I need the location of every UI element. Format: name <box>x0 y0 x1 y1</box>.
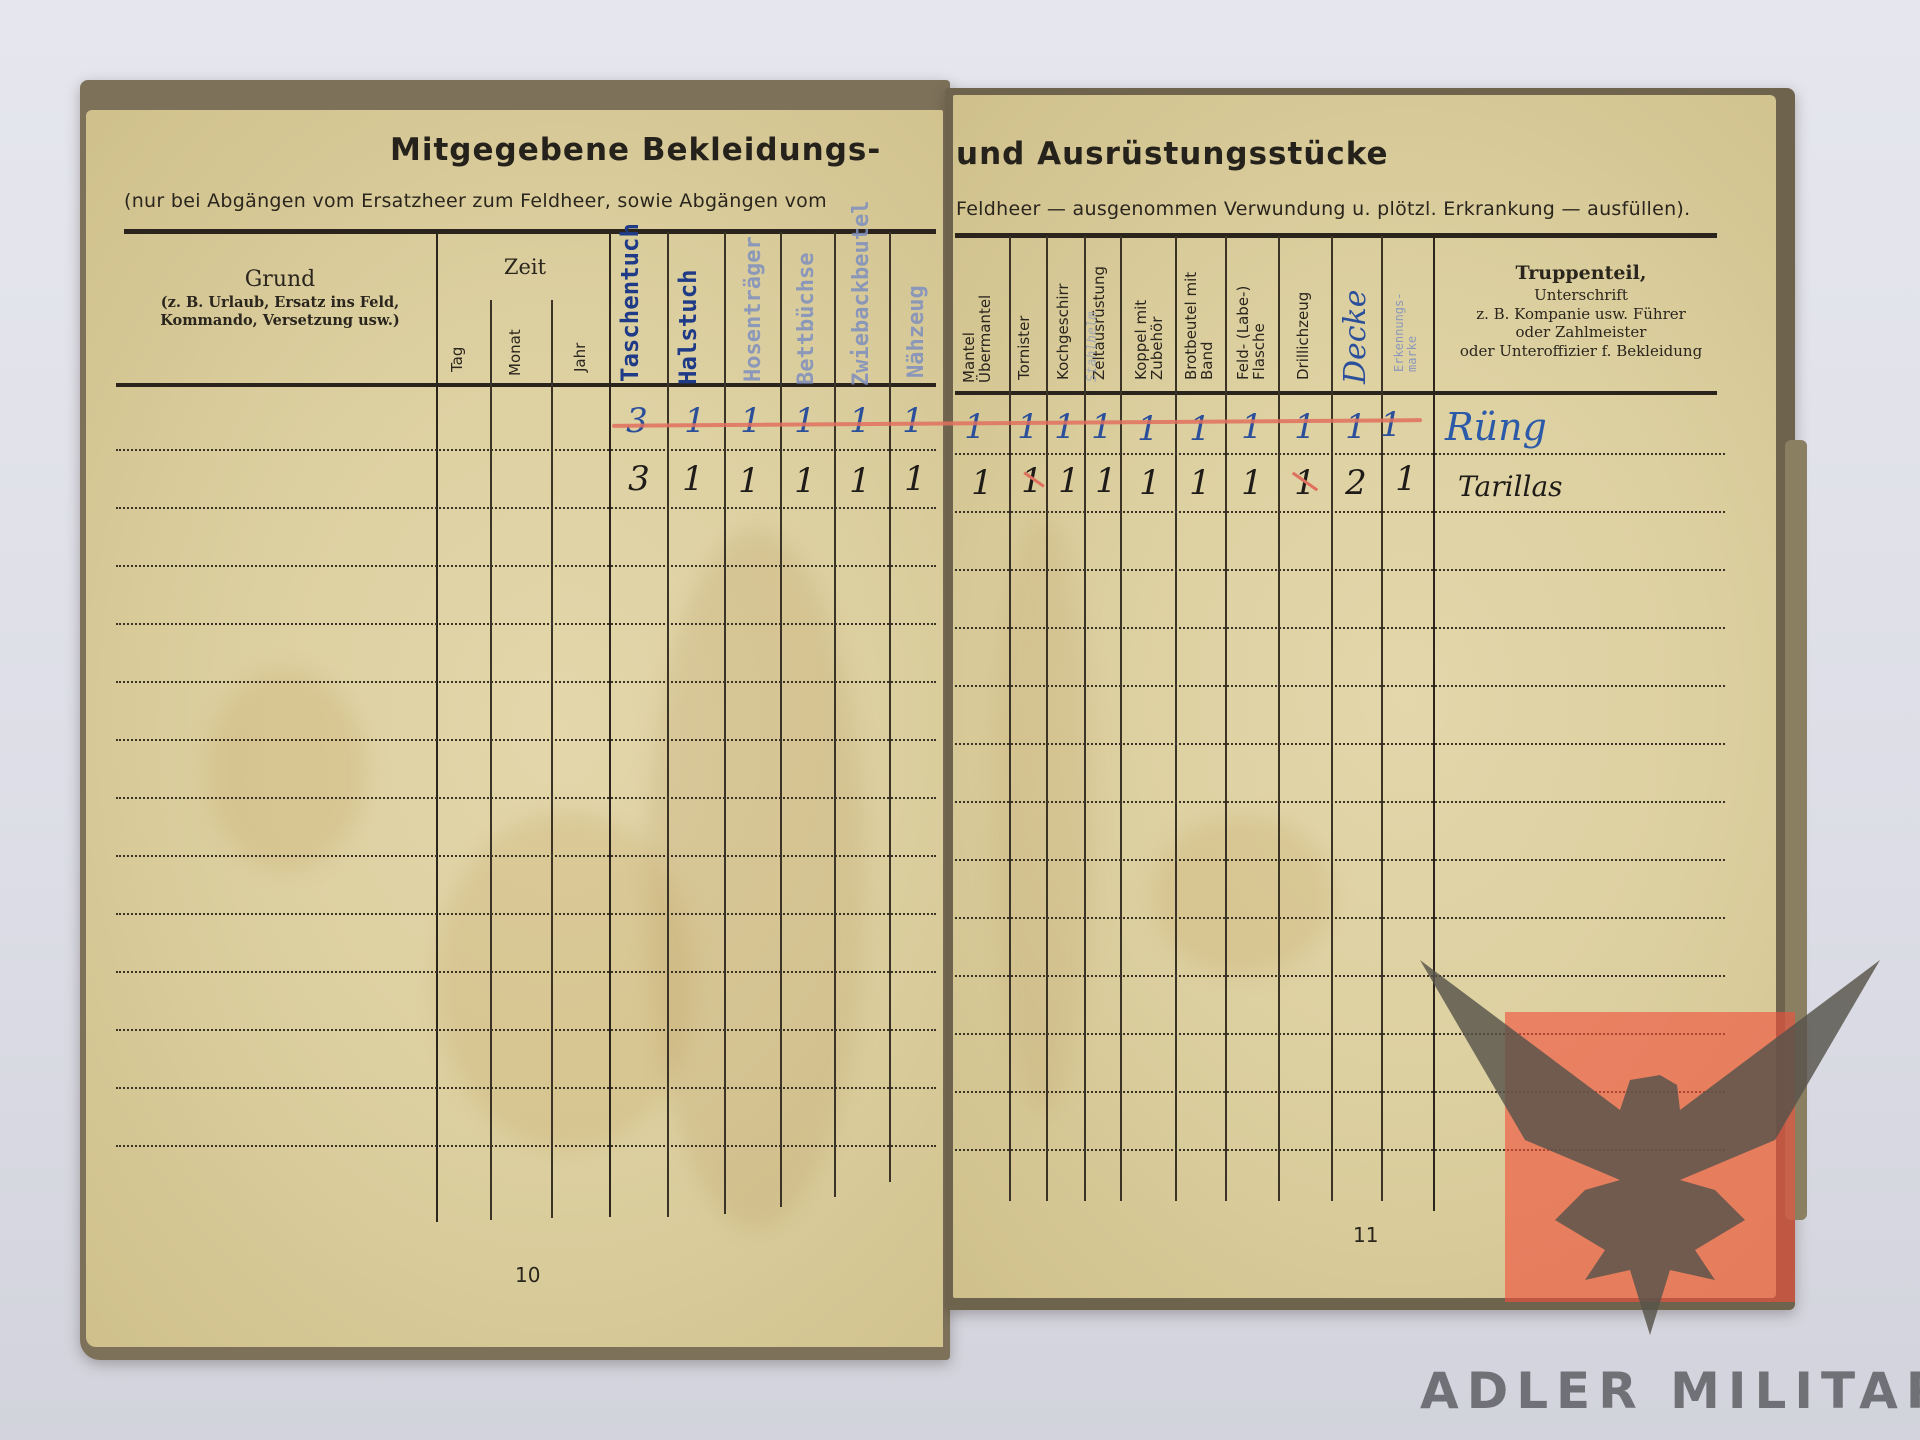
entry-1-signature: Rüng <box>1445 405 1547 449</box>
entry-2-left-5: 1 <box>895 462 935 496</box>
col-divider-tag <box>490 300 492 1220</box>
header-zeit-tag: Tag <box>450 347 466 372</box>
header-truppenteil-line2: z. B. Kompanie usw. Führer <box>1436 305 1726 324</box>
header-item-brotbeutel: Brotbeutel mit Band <box>1184 272 1216 380</box>
entry-1-left-1: 1 <box>675 404 715 438</box>
entry-1-right-1: 1 <box>1008 410 1048 444</box>
header-grund-line2: Kommando, Versetzung usw.) <box>130 312 430 330</box>
title-left: Mitgegebene Bekleidungs- <box>390 132 881 168</box>
watermark-text: ADLER MILITARIA <box>1420 1362 1920 1420</box>
header-item-feldflasche: Feld- (Labe-) Flasche <box>1236 286 1268 380</box>
header-item-hosentraeger: Hosenträger <box>742 236 765 382</box>
entry-1-left-0: 3 <box>617 404 657 438</box>
header-item-erkennungsmarke: Erkennungs- marke <box>1393 293 1418 372</box>
header-truppenteil-line4: oder Unteroffizier f. Bekleidung <box>1436 342 1726 361</box>
header-item-koppel: Koppel mit Zubehör <box>1134 300 1166 380</box>
header-item-zwiebackbeutel: Zwiebackbeutel <box>850 201 873 386</box>
header-item-bettbuechse: Bettbüchse <box>795 253 818 385</box>
entry-2-right-0: 1 <box>962 466 1002 500</box>
col-divider-r6 <box>1225 236 1227 1201</box>
col-divider-l2 <box>724 232 726 1214</box>
entry-1-left-2: 1 <box>731 404 771 438</box>
entry-2-right-8: 2 <box>1336 466 1376 500</box>
col-divider-grund <box>436 232 438 1222</box>
header-item-decke: Decke <box>1340 289 1372 384</box>
col-divider-r8 <box>1331 236 1333 1201</box>
entry-2-right-9: 1 <box>1386 462 1426 496</box>
header-item-tornister: Tornister <box>1017 316 1033 380</box>
col-divider-r2 <box>1046 236 1048 1201</box>
eagle-logo-icon <box>1415 960 1885 1340</box>
entry-2-right-6: 1 <box>1232 466 1272 500</box>
col-divider-l3 <box>780 232 782 1207</box>
entry-2-right-3: 1 <box>1086 464 1126 498</box>
entry-2-left-1: 1 <box>673 462 713 496</box>
header-item-kochgeschirr: Kochgeschirr <box>1056 283 1072 380</box>
header-top-rule-left <box>124 229 936 234</box>
subtitle-right: Feldheer — ausgenommen Verwundung u. plö… <box>956 198 1691 220</box>
entry-2-right-2: 1 <box>1049 464 1089 498</box>
header-grund-title: Grund <box>130 266 430 294</box>
header-item-taschentuch: Taschentuch <box>618 223 643 382</box>
header-truppenteil-line1: Unterschrift <box>1436 286 1726 305</box>
entry-2-left-0: 3 <box>619 462 659 496</box>
header-truppenteil: Truppenteil, Unterschrift z. B. Kompanie… <box>1436 262 1726 361</box>
entry-2-left-2: 1 <box>729 464 769 498</box>
entry-2-left-3: 1 <box>785 464 825 498</box>
entry-1-right-6: 1 <box>1232 410 1272 444</box>
col-divider-l5 <box>889 232 891 1182</box>
entry-1-right-7: 1 <box>1285 410 1325 444</box>
entry-1-right-5: 1 <box>1180 412 1220 446</box>
entry-2-right-5: 1 <box>1180 466 1220 500</box>
entry-1-right-0: 1 <box>955 410 995 444</box>
entry-2-right-1: 1 <box>1012 464 1052 498</box>
header-top-rule-right <box>955 233 1717 238</box>
entry-2-right-4: 1 <box>1130 466 1170 500</box>
header-item-mantel: Mantel Übermantel <box>962 295 994 383</box>
header-item-naehzeug: Nähzeug <box>905 285 928 378</box>
col-divider-r7 <box>1278 236 1280 1201</box>
col-divider-l1 <box>667 232 669 1217</box>
header-bottom-rule-right <box>955 391 1717 395</box>
header-grund: Grund (z. B. Urlaub, Ersatz ins Feld, Ko… <box>130 266 430 330</box>
entry-1-right-4: 1 <box>1128 412 1168 446</box>
entry-1-right-8: 1 <box>1336 410 1376 444</box>
col-divider-r5 <box>1175 236 1177 1201</box>
col-divider-monat <box>551 300 553 1218</box>
col-divider-l4 <box>834 232 836 1197</box>
header-overstamp-stahlhelm: Stahlhelm <box>1086 312 1100 382</box>
header-zeit-monat: Monat <box>508 329 524 376</box>
page-number-left: 10 <box>515 1263 540 1287</box>
entry-1-right-3: 1 <box>1082 410 1122 444</box>
subtitle-left: (nur bei Abgängen vom Ersatzheer zum Fel… <box>124 190 827 212</box>
entry-1-right-9: 1 <box>1371 408 1411 442</box>
title-right: und Ausrüstungsstücke <box>956 136 1389 172</box>
col-divider-r9 <box>1381 236 1383 1201</box>
entry-1-right-2: 1 <box>1045 410 1085 444</box>
col-divider-r4 <box>1120 236 1122 1201</box>
entry-1-left-3: 1 <box>785 404 825 438</box>
col-divider-zeit <box>609 232 611 1217</box>
entry-2-left-4: 1 <box>840 464 880 498</box>
header-item-drillichzeug: Drillichzeug <box>1296 292 1312 380</box>
header-zeit-jahr: Jahr <box>573 343 589 372</box>
header-grund-line1: (z. B. Urlaub, Ersatz ins Feld, <box>130 294 430 312</box>
header-truppenteil-line3: oder Zahlmeister <box>1436 323 1726 342</box>
entry-2-signature: Tarillas <box>1458 470 1563 503</box>
col-divider-r1 <box>1009 236 1011 1201</box>
header-item-halstuch: Halstuch <box>676 269 701 385</box>
page-number-right: 11 <box>1353 1223 1378 1247</box>
header-truppenteil-title: Truppenteil, <box>1436 262 1726 286</box>
header-zeit-title: Zeit <box>490 254 560 280</box>
